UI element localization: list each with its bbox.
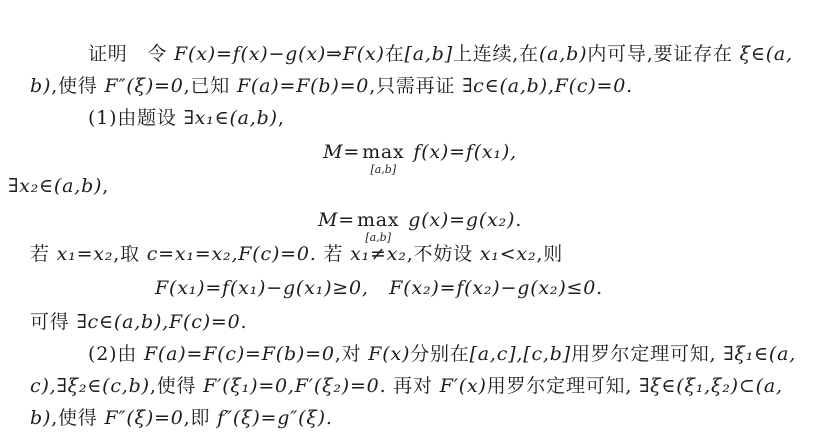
part2-line-3: b),使得 F″(ξ)=0,即 f″(ξ)=g″(ξ). bbox=[30, 402, 810, 434]
max-operator-text: max bbox=[357, 211, 399, 230]
exists-x2-line: ∃x₂∈(a,b), bbox=[8, 170, 810, 202]
math-run: b) bbox=[30, 407, 51, 429]
math-run: F(a)=F(b)=0 bbox=[237, 75, 369, 97]
math-run: M= bbox=[323, 141, 360, 163]
math-run: x₁≠x₂ bbox=[350, 243, 407, 265]
math-run: F(a)=F(c)=F(b)=0 bbox=[144, 343, 335, 365]
text-run: ,取 bbox=[113, 243, 146, 265]
math-run: x₁<x₂ bbox=[480, 243, 537, 265]
proof-intro-line-2: b),使得 F″(ξ)=0,已知 F(a)=F(b)=0,只需再证 ∃c∈(a,… bbox=[30, 70, 810, 102]
text-run: ,使得 bbox=[51, 407, 104, 429]
text-run: ,只需再证 bbox=[369, 75, 462, 97]
text-run: ,即 bbox=[184, 407, 217, 429]
math-run: x₁=x₂ bbox=[57, 243, 114, 265]
math-run: F″(ξ)=0 bbox=[104, 407, 183, 429]
text-run: ,对 bbox=[335, 343, 368, 365]
text-run: (1)由题设 bbox=[88, 107, 184, 129]
math-run: ∃ξ₁∈(a, bbox=[723, 343, 796, 365]
text-run: 可得 bbox=[30, 311, 76, 333]
math-run: ∃c∈(a,b),F(c)=0. bbox=[462, 75, 633, 97]
math-run: [a,c],[c,b] bbox=[470, 343, 571, 365]
math-run: ξ∈(a, bbox=[740, 43, 793, 65]
math-run: ∃ξ∈(ξ₁,ξ₂)⊂(a, bbox=[639, 375, 783, 397]
math-run: F(x) bbox=[368, 343, 410, 365]
proof-intro-line-1: 证明 令 F(x)=f(x)−g(x)⇒F(x)在[a,b]上连续,在(a,b)… bbox=[30, 38, 810, 70]
text-run: 证明 令 bbox=[88, 43, 174, 65]
text-run: (2)由 bbox=[88, 343, 144, 365]
math-run: c),∃ξ₂∈(c,b) bbox=[30, 375, 150, 397]
math-run: F′(x) bbox=[440, 375, 487, 397]
text-run: 分别在 bbox=[410, 343, 469, 365]
text-run: 若 bbox=[317, 243, 350, 265]
math-run: ∃c∈(a,b),F(c)=0. bbox=[76, 311, 247, 333]
math-run: f″(ξ)=g″(ξ). bbox=[217, 407, 333, 429]
part2-line-2: c),∃ξ₂∈(c,b),使得 F′(ξ₁)=0,F′(ξ₂)=0. 再对 F′… bbox=[30, 370, 810, 402]
text-run: ,则 bbox=[536, 243, 563, 265]
math-run: (a,b) bbox=[539, 43, 587, 65]
text-run: 用罗尔定理可知, bbox=[571, 343, 723, 365]
math-run: M= bbox=[318, 209, 355, 231]
scanned-proof-page: 证明 令 F(x)=f(x)−g(x)⇒F(x)在[a,b]上连续,在(a,b)… bbox=[0, 0, 828, 435]
text-run: 上连续,在 bbox=[453, 43, 539, 65]
math-run: g(x)=g(x₂). bbox=[401, 209, 522, 231]
text-run: ,已知 bbox=[184, 75, 237, 97]
math-run: F(x)=f(x)−g(x)⇒F(x) bbox=[174, 43, 385, 65]
text-run: 再对 bbox=[386, 375, 439, 397]
proof-body: 证明 令 F(x)=f(x)−g(x)⇒F(x)在[a,b]上连续,在(a,b)… bbox=[30, 38, 810, 434]
text-run: ,不妨设 bbox=[407, 243, 480, 265]
case-line: 若 x₁=x₂,取 c=x₁=x₂,F(c)=0. 若 x₁≠x₂,不妨设 x₁… bbox=[30, 238, 810, 270]
max-operator-text: max bbox=[362, 143, 404, 162]
text-run: 在 bbox=[385, 43, 405, 65]
conclusion-part1-line: 可得 ∃c∈(a,b),F(c)=0. bbox=[30, 306, 810, 338]
formula-inequalities: F(x₁)=f(x₁)−g(x₁)≥0, F(x₂)=f(x₂)−g(x₂)≤0… bbox=[30, 270, 810, 306]
text-run: 用罗尔定理可知, bbox=[487, 375, 639, 397]
formula-max-g: M=max[a,b] g(x)=g(x₂). bbox=[30, 202, 810, 238]
text-run: 若 bbox=[30, 243, 57, 265]
max-interval-subscript: [a,b] bbox=[370, 164, 396, 175]
math-run: F″(ξ)=0 bbox=[104, 75, 183, 97]
math-run: b) bbox=[30, 75, 51, 97]
math-run: [a,b] bbox=[405, 43, 453, 65]
part2-line-1: (2)由 F(a)=F(c)=F(b)=0,对 F(x)分别在[a,c],[c,… bbox=[30, 338, 810, 370]
math-run: F′(ξ₁)=0,F′(ξ₂)=0. bbox=[203, 375, 386, 397]
formula-max-f: M=max[a,b] f(x)=f(x₁), bbox=[30, 134, 810, 170]
math-run: c=x₁=x₂,F(c)=0. bbox=[147, 243, 317, 265]
math-run: F(x₁)=f(x₁)−g(x₁)≥0, F(x₂)=f(x₂)−g(x₂)≤0… bbox=[155, 277, 603, 299]
text-run: ,使得 bbox=[51, 75, 104, 97]
text-run: , bbox=[278, 107, 285, 129]
text-run: 内可导,要证存在 bbox=[587, 43, 739, 65]
text-run: , bbox=[102, 175, 109, 197]
max-operator-with-interval: max[a,b] bbox=[362, 143, 404, 175]
part1-line: (1)由题设 ∃x₁∈(a,b), bbox=[30, 102, 810, 134]
math-run: f(x)=f(x₁), bbox=[407, 141, 517, 163]
math-run: ∃x₂∈(a,b) bbox=[8, 175, 102, 197]
math-run: ∃x₁∈(a,b) bbox=[184, 107, 278, 129]
text-run: ,使得 bbox=[150, 375, 203, 397]
